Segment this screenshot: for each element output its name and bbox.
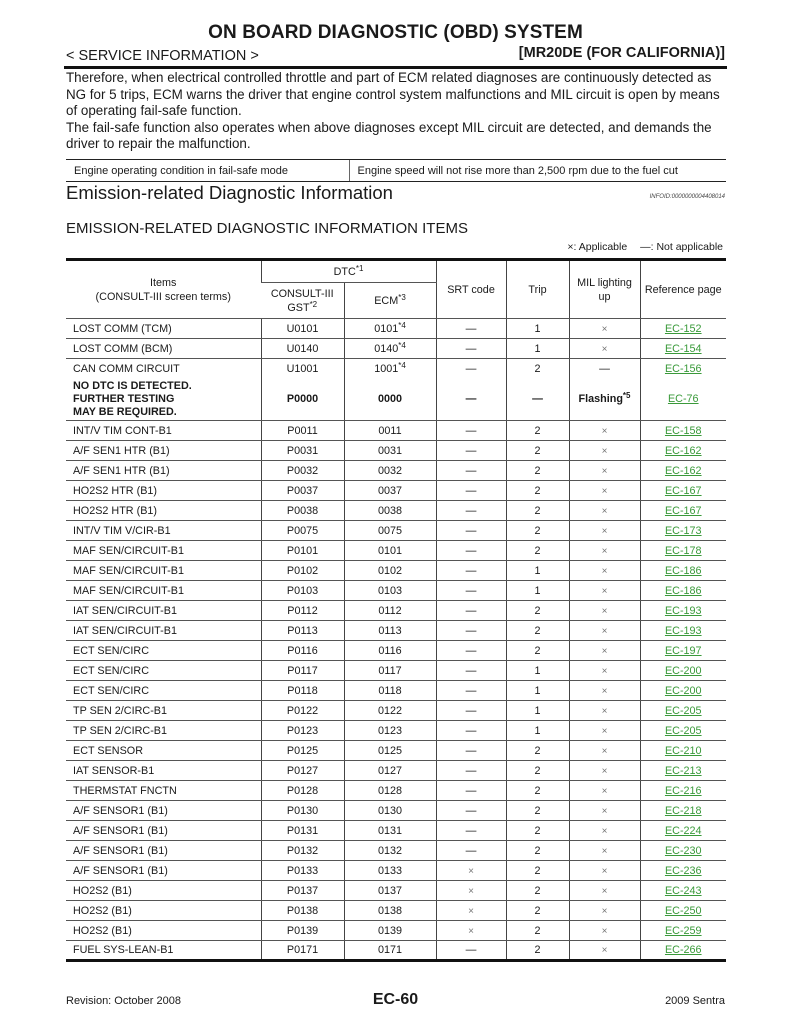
reference-page-link[interactable]: EC-186 — [665, 565, 702, 577]
ecm-code-cell-text: 0132 — [378, 845, 402, 857]
item-cell: LOST COMM (TCM) — [66, 319, 261, 339]
failsafe-condition-label: Engine operating condition in fail-safe … — [66, 160, 349, 182]
ecm-code-cell: 0113 — [344, 621, 436, 641]
header-items: Items (CONSULT-III screen terms) — [66, 260, 261, 319]
mil-cell-text: × — [602, 746, 608, 757]
ecm-code-cell: 0123 — [344, 721, 436, 741]
item-cell: A/F SEN1 HTR (B1) — [66, 461, 261, 481]
consult-code-cell: P0128 — [261, 781, 344, 801]
srt-cell-text: — — [466, 825, 477, 837]
reference-cell: EC-205 — [640, 721, 726, 741]
table-row: ECT SEN/CIRCP01180118—1×EC-200 — [66, 681, 726, 701]
item-cell-text: IAT SEN/CIRCUIT-B1 — [73, 625, 177, 637]
reference-page-link[interactable]: EC-154 — [665, 343, 702, 355]
consult-code-cell: P0000 — [261, 379, 344, 421]
mil-cell: × — [569, 521, 640, 541]
mil-cell-text: × — [602, 446, 608, 457]
service-info-label: < SERVICE INFORMATION > — [66, 48, 259, 64]
trip-cell: 2 — [506, 501, 569, 521]
consult-code-cell-text: P0032 — [287, 465, 318, 477]
subsection-title: EMISSION-RELATED DIAGNOSTIC INFORMATION … — [66, 220, 468, 237]
reference-page-link[interactable]: EC-205 — [665, 725, 702, 737]
reference-page-link[interactable]: EC-259 — [665, 925, 702, 937]
consult-code-cell: P0031 — [261, 441, 344, 461]
header-dtc: DTC*1 — [261, 260, 436, 283]
table-row: ECT SENSORP01250125—2×EC-210 — [66, 741, 726, 761]
trip-cell-text: 2 — [535, 525, 541, 537]
srt-cell-text: — — [466, 605, 477, 617]
reference-cell: EC-197 — [640, 641, 726, 661]
srt-cell-text: — — [466, 944, 477, 956]
trip-cell: 2 — [506, 781, 569, 801]
mil-cell-text: × — [602, 786, 608, 797]
mil-cell-text: × — [602, 606, 608, 617]
trip-cell-text: 2 — [535, 785, 541, 797]
ecm-code-cell-text: 0116 — [378, 645, 401, 657]
reference-cell: EC-167 — [640, 501, 726, 521]
reference-page-link[interactable]: EC-158 — [665, 425, 702, 437]
reference-cell: EC-152 — [640, 319, 726, 339]
reference-page-link[interactable]: EC-173 — [665, 525, 702, 537]
item-cell: TP SEN 2/CIRC-B1 — [66, 701, 261, 721]
mil-cell: × — [569, 661, 640, 681]
item-cell-text: IAT SENSOR-B1 — [73, 765, 154, 777]
ecm-code-cell: 0125 — [344, 741, 436, 761]
consult-code-cell: P0075 — [261, 521, 344, 541]
reference-cell: EC-250 — [640, 901, 726, 921]
header-items-sublabel: (CONSULT-III screen terms) — [96, 291, 231, 303]
ecm-code-cell-text: 0123 — [378, 725, 402, 737]
item-cell-text: A/F SEN1 HTR (B1) — [73, 465, 170, 477]
consult-code-cell: P0011 — [261, 421, 344, 441]
consult-code-cell: P0038 — [261, 501, 344, 521]
ecm-code-cell: 0139 — [344, 921, 436, 941]
consult-code-cell-text: P0122 — [287, 705, 318, 717]
srt-cell-text: — — [466, 645, 477, 657]
header-srt: SRT code — [436, 260, 506, 319]
mil-cell: Flashing*5 — [569, 379, 640, 421]
item-cell: CAN COMM CIRCUIT — [66, 359, 261, 379]
trip-cell-text: 2 — [535, 885, 541, 897]
intro-paragraph: Therefore, when electrical controlled th… — [66, 70, 726, 120]
mil-cell-text: × — [602, 866, 608, 877]
consult-code-cell: P0137 — [261, 881, 344, 901]
srt-cell-text: × — [468, 866, 474, 877]
mil-cell-text: × — [602, 646, 608, 657]
trip-cell: 2 — [506, 521, 569, 541]
ecm-code-cell: 0038 — [344, 501, 436, 521]
srt-cell-text: — — [466, 665, 477, 677]
table-row: MAF SEN/CIRCUIT-B1P01010101—2×EC-178 — [66, 541, 726, 561]
model-tag: [MR20DE (FOR CALIFORNIA)] — [519, 45, 725, 61]
consult-code-cell-text: P0103 — [287, 585, 318, 597]
mil-cell-text: × — [602, 766, 608, 777]
reference-page-link[interactable]: EC-230 — [665, 845, 702, 857]
srt-cell: — — [436, 461, 506, 481]
trip-cell: 2 — [506, 421, 569, 441]
consult-code-cell-text: P0138 — [287, 905, 318, 917]
trip-cell-text: 2 — [535, 465, 541, 477]
consult-code-cell: P0131 — [261, 821, 344, 841]
consult-code-cell-text: P0011 — [287, 425, 317, 437]
item-cell: HO2S2 (B1) — [66, 901, 261, 921]
item-cell-text: MAF SEN/CIRCUIT-B1 — [73, 545, 184, 557]
reference-page-link[interactable]: EC-218 — [665, 805, 702, 817]
reference-page-link[interactable]: EC-197 — [665, 645, 702, 657]
header-ref: Reference page — [640, 260, 726, 319]
trip-cell-text: 1 — [535, 725, 541, 737]
ecm-code-cell-text: 0112 — [378, 605, 401, 617]
srt-cell-text: — — [466, 585, 477, 597]
reference-page-link[interactable]: EC-266 — [665, 944, 702, 956]
consult-code-cell-text: P0075 — [287, 525, 318, 537]
trip-cell: 2 — [506, 461, 569, 481]
header-ecm: ECM*3 — [344, 283, 436, 319]
info-id: INFOID:0000000004408014 — [650, 194, 725, 200]
reference-page-link[interactable]: EC-205 — [665, 705, 702, 717]
item-cell-text: IAT SEN/CIRCUIT-B1 — [73, 605, 177, 617]
item-cell: TP SEN 2/CIRC-B1 — [66, 721, 261, 741]
srt-cell: — — [436, 641, 506, 661]
footnote-ref: *2 — [310, 300, 318, 309]
srt-cell-text: — — [466, 765, 477, 777]
trip-cell: 1 — [506, 339, 569, 359]
srt-cell-text: — — [466, 323, 477, 335]
item-cell: INT/V TIM CONT-B1 — [66, 421, 261, 441]
trip-cell: 2 — [506, 541, 569, 561]
srt-cell-text: — — [466, 525, 477, 537]
mil-cell-text: × — [602, 526, 608, 537]
ecm-code-cell: 0118 — [344, 681, 436, 701]
reference-page-link[interactable]: EC-193 — [665, 605, 702, 617]
mil-cell-text: × — [602, 426, 608, 437]
consult-code-cell-text: P0118 — [287, 685, 317, 697]
footnote-ref: *4 — [398, 321, 406, 330]
mil-cell: × — [569, 461, 640, 481]
reference-cell: EC-230 — [640, 841, 726, 861]
trip-cell: 2 — [506, 601, 569, 621]
mil-cell: × — [569, 741, 640, 761]
trip-cell-text: 2 — [535, 545, 541, 557]
srt-cell-text: — — [466, 343, 477, 355]
header-items-label: Items — [150, 277, 176, 289]
ecm-code-cell: 0127 — [344, 761, 436, 781]
item-cell-text: LOST COMM (BCM) — [73, 343, 172, 355]
trip-cell: 2 — [506, 359, 569, 379]
consult-code-cell-text: P0133 — [287, 865, 318, 877]
ecm-code-cell-text: 0117 — [378, 665, 401, 677]
table-row: MAF SEN/CIRCUIT-B1P01030103—1×EC-186 — [66, 581, 726, 601]
table-row: NO DTC IS DETECTED.FURTHER TESTINGMAY BE… — [66, 379, 726, 421]
trip-cell-text: 1 — [535, 685, 541, 697]
reference-page-link[interactable]: EC-193 — [665, 625, 702, 637]
reference-cell: EC-186 — [640, 561, 726, 581]
mil-cell-text: × — [602, 546, 608, 557]
item-cell: IAT SENSOR-B1 — [66, 761, 261, 781]
ecm-code-cell: 0133 — [344, 861, 436, 881]
trip-cell: 1 — [506, 581, 569, 601]
item-cell-text: NO DTC IS DETECTED.FURTHER TESTINGMAY BE… — [73, 380, 192, 418]
trip-cell-text: 2 — [535, 425, 541, 437]
table-row: MAF SEN/CIRCUIT-B1P01020102—1×EC-186 — [66, 561, 726, 581]
srt-cell-text: × — [468, 926, 474, 937]
item-cell-text: THERMSTAT FNCTN — [73, 785, 177, 797]
srt-cell: — — [436, 541, 506, 561]
consult-code-cell: P0125 — [261, 741, 344, 761]
ecm-code-cell-text: 0130 — [378, 805, 402, 817]
reference-page-link[interactable]: EC-243 — [665, 885, 702, 897]
ecm-code-cell: 0031 — [344, 441, 436, 461]
trip-cell-text: 2 — [535, 645, 541, 657]
item-cell-text: MAF SEN/CIRCUIT-B1 — [73, 565, 184, 577]
mil-cell: × — [569, 441, 640, 461]
mil-cell-text: × — [602, 626, 608, 637]
item-cell-text: INT/V TIM CONT-B1 — [73, 425, 172, 437]
consult-code-cell-text: P0130 — [287, 805, 318, 817]
footer-model: 2009 Sentra — [665, 995, 725, 1007]
mil-cell-text: Flashing — [579, 393, 623, 405]
item-cell: ECT SENSOR — [66, 741, 261, 761]
ecm-code-cell: 1001*4 — [344, 359, 436, 379]
intro-paragraph: The fail-safe function also operates whe… — [66, 120, 726, 153]
mil-cell: × — [569, 721, 640, 741]
table-row: A/F SENSOR1 (B1)P01320132—2×EC-230 — [66, 841, 726, 861]
trip-cell-text: 2 — [535, 605, 541, 617]
trip-cell-text: 1 — [535, 323, 541, 335]
item-cell: ECT SEN/CIRC — [66, 661, 261, 681]
item-cell-text: A/F SENSOR1 (B1) — [73, 805, 168, 817]
reference-cell: EC-259 — [640, 921, 726, 941]
ecm-code-cell-text: 0000 — [378, 393, 402, 405]
ecm-code-cell-text: 0128 — [378, 785, 402, 797]
footnote-ref: *3 — [398, 293, 406, 302]
trip-cell: 1 — [506, 701, 569, 721]
mil-cell-text: × — [602, 586, 608, 597]
ecm-code-cell: 0122 — [344, 701, 436, 721]
table-row: A/F SENSOR1 (B1)P01300130—2×EC-218 — [66, 801, 726, 821]
ecm-code-cell: 0138 — [344, 901, 436, 921]
item-cell: IAT SEN/CIRCUIT-B1 — [66, 601, 261, 621]
ecm-code-cell-text: 0037 — [378, 485, 402, 497]
header-consult-label: CONSULT-III — [271, 288, 334, 300]
srt-cell-text: — — [466, 445, 477, 457]
ecm-code-cell: 0137 — [344, 881, 436, 901]
trip-cell-text: 1 — [535, 665, 541, 677]
table-row: HO2S2 HTR (B1)P00380038—2×EC-167 — [66, 501, 726, 521]
reference-page-link[interactable]: EC-152 — [665, 323, 702, 335]
table-row: HO2S2 (B1)P01380138×2×EC-250 — [66, 901, 726, 921]
reference-page-link[interactable]: EC-162 — [665, 465, 702, 477]
reference-page-link[interactable]: EC-200 — [665, 665, 702, 677]
ecm-code-cell-text: 0137 — [378, 885, 402, 897]
consult-code-cell-text: P0123 — [287, 725, 318, 737]
ecm-code-cell-text: 0171 — [378, 944, 402, 956]
ecm-code-cell: 0131 — [344, 821, 436, 841]
reference-page-link[interactable]: EC-236 — [665, 865, 702, 877]
srt-cell: × — [436, 861, 506, 881]
trip-cell: 2 — [506, 761, 569, 781]
ecm-code-cell-text: 0102 — [378, 565, 402, 577]
table-row: HO2S2 (B1)P01370137×2×EC-243 — [66, 881, 726, 901]
mil-cell: × — [569, 681, 640, 701]
reference-cell: EC-266 — [640, 941, 726, 961]
reference-page-link[interactable]: EC-167 — [665, 485, 702, 497]
consult-code-cell-text: P0171 — [287, 944, 318, 956]
reference-cell: EC-205 — [640, 701, 726, 721]
mil-cell: × — [569, 561, 640, 581]
trip-cell-text: 1 — [535, 705, 541, 717]
srt-cell: — — [436, 741, 506, 761]
consult-code-cell-text: P0131 — [287, 825, 318, 837]
reference-page-link[interactable]: EC-213 — [665, 765, 702, 777]
trip-cell-text: 2 — [535, 865, 541, 877]
mil-cell: × — [569, 761, 640, 781]
consult-code-cell-text: U0101 — [287, 323, 319, 335]
trip-cell-text: 1 — [535, 565, 541, 577]
item-cell-text: MAF SEN/CIRCUIT-B1 — [73, 585, 184, 597]
reference-page-link[interactable]: EC-200 — [665, 685, 702, 697]
item-cell: THERMSTAT FNCTN — [66, 781, 261, 801]
reference-cell: EC-156 — [640, 359, 726, 379]
mil-cell-text: × — [602, 466, 608, 477]
item-cell: ECT SEN/CIRC — [66, 681, 261, 701]
item-cell-text: HO2S2 (B1) — [73, 905, 132, 917]
mil-cell: × — [569, 901, 640, 921]
mil-cell: × — [569, 621, 640, 641]
legend: ×: Applicable —: Not applicable — [567, 241, 723, 253]
reference-page-link[interactable]: EC-250 — [665, 905, 702, 917]
reference-cell: EC-243 — [640, 881, 726, 901]
mil-cell: × — [569, 861, 640, 881]
srt-cell-text: — — [466, 705, 477, 717]
intro-text: Therefore, when electrical controlled th… — [66, 70, 726, 153]
trip-cell-text: — — [532, 393, 543, 405]
trip-cell-text: 2 — [535, 505, 541, 517]
trip-cell: 2 — [506, 941, 569, 961]
srt-cell: — — [436, 521, 506, 541]
consult-code-cell: P0130 — [261, 801, 344, 821]
trip-cell: 1 — [506, 681, 569, 701]
ecm-code-cell-text: 0133 — [378, 865, 402, 877]
trip-cell: 1 — [506, 661, 569, 681]
srt-cell: — — [436, 319, 506, 339]
srt-cell: × — [436, 921, 506, 941]
consult-code-cell: P0112 — [261, 601, 344, 621]
reference-cell: EC-154 — [640, 339, 726, 359]
srt-cell: — — [436, 359, 506, 379]
table-row: A/F SEN1 HTR (B1)P00310031—2×EC-162 — [66, 441, 726, 461]
item-cell: FUEL SYS-LEAN-B1 — [66, 941, 261, 961]
consult-code-cell-text: P0101 — [287, 545, 318, 557]
consult-code-cell: P0032 — [261, 461, 344, 481]
reference-page-link[interactable]: EC-167 — [665, 505, 702, 517]
consult-code-cell-text: U1001 — [287, 363, 319, 375]
trip-cell: 2 — [506, 641, 569, 661]
table-row: A/F SENSOR1 (B1)P01310131—2×EC-224 — [66, 821, 726, 841]
consult-code-cell: P0138 — [261, 901, 344, 921]
srt-cell: — — [436, 721, 506, 741]
trip-cell-text: 2 — [535, 745, 541, 757]
srt-cell: — — [436, 841, 506, 861]
trip-cell-text: 2 — [535, 363, 541, 375]
table-row: INT/V TIM CONT-B1P00110011—2×EC-158 — [66, 421, 726, 441]
ecm-code-cell-text: 0075 — [378, 525, 402, 537]
mil-cell-text: — — [599, 363, 610, 375]
consult-code-cell: P0101 — [261, 541, 344, 561]
ecm-code-cell: 0032 — [344, 461, 436, 481]
reference-page-link[interactable]: EC-186 — [665, 585, 702, 597]
reference-cell: EC-236 — [640, 861, 726, 881]
ecm-code-cell-text: 0139 — [378, 925, 402, 937]
reference-page-link[interactable]: EC-162 — [665, 445, 702, 457]
mil-cell-text: × — [602, 666, 608, 677]
srt-cell: — — [436, 701, 506, 721]
trip-cell: 1 — [506, 561, 569, 581]
reference-cell: EC-167 — [640, 481, 726, 501]
item-cell: HO2S2 HTR (B1) — [66, 481, 261, 501]
mil-cell-text: × — [602, 926, 608, 937]
mil-cell-text: × — [602, 344, 608, 355]
reference-page-link[interactable]: EC-76 — [668, 393, 699, 405]
ecm-code-cell-text: 0138 — [378, 905, 402, 917]
ecm-code-cell-text: 0113 — [378, 625, 401, 637]
reference-page-link[interactable]: EC-156 — [665, 363, 702, 375]
reference-cell: EC-193 — [640, 601, 726, 621]
ecm-code-cell: 0171 — [344, 941, 436, 961]
table-row: LOST COMM (TCM)U01010101*4—1×EC-152 — [66, 319, 726, 339]
mil-cell: × — [569, 701, 640, 721]
ecm-code-cell: 0112 — [344, 601, 436, 621]
trip-cell-text: 2 — [535, 805, 541, 817]
consult-code-cell-text: P0117 — [287, 665, 317, 677]
mil-cell: × — [569, 319, 640, 339]
mil-cell: × — [569, 501, 640, 521]
reference-page-link[interactable]: EC-210 — [665, 745, 702, 757]
item-cell-text: A/F SEN1 HTR (B1) — [73, 445, 170, 457]
table-row: HO2S2 (B1)P01390139×2×EC-259 — [66, 921, 726, 941]
ecm-code-cell: 0000 — [344, 379, 436, 421]
consult-code-cell: P0116 — [261, 641, 344, 661]
consult-code-cell-text: P0132 — [287, 845, 318, 857]
item-cell: A/F SEN1 HTR (B1) — [66, 441, 261, 461]
consult-code-cell: P0103 — [261, 581, 344, 601]
trip-cell: 2 — [506, 481, 569, 501]
trip-cell: 2 — [506, 441, 569, 461]
srt-cell-text: — — [466, 805, 477, 817]
trip-cell-text: 2 — [535, 925, 541, 937]
consult-code-cell: P0127 — [261, 761, 344, 781]
item-cell-text: TP SEN 2/CIRC-B1 — [73, 725, 167, 737]
ecm-code-cell-text: 0118 — [378, 685, 401, 697]
item-cell: HO2S2 (B1) — [66, 921, 261, 941]
reference-cell: EC-162 — [640, 441, 726, 461]
srt-cell-text: — — [466, 685, 477, 697]
reference-page-link[interactable]: EC-224 — [665, 825, 702, 837]
page-title: ON BOARD DIAGNOSTIC (OBD) SYSTEM — [0, 22, 791, 44]
trip-cell: 2 — [506, 621, 569, 641]
item-cell: HO2S2 HTR (B1) — [66, 501, 261, 521]
consult-code-cell: P0122 — [261, 701, 344, 721]
item-cell-text: ECT SENSOR — [73, 745, 143, 757]
reference-page-link[interactable]: EC-216 — [665, 785, 702, 797]
reference-cell: EC-210 — [640, 741, 726, 761]
reference-page-link[interactable]: EC-178 — [665, 545, 702, 557]
mil-cell-text: × — [602, 324, 608, 335]
table-row: TP SEN 2/CIRC-B1P01220122—1×EC-205 — [66, 701, 726, 721]
reference-cell: EC-216 — [640, 781, 726, 801]
mil-cell: × — [569, 801, 640, 821]
ecm-code-cell-text: 0032 — [378, 465, 402, 477]
